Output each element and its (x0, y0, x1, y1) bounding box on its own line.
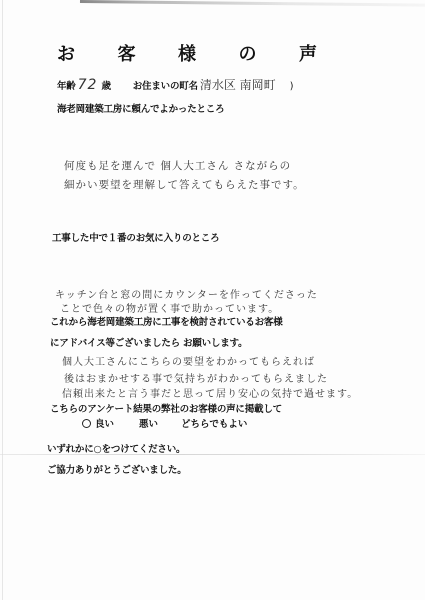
answer-1-line-1: 何度も足を運んで 個人大工さん さながらの (64, 158, 291, 173)
respondent-info-row: 年齢 72 歳 お住まいの町名 清水区 南岡町 ) (57, 76, 293, 93)
circle-mark-icon (82, 419, 91, 428)
option-bad[interactable]: 悪い (139, 416, 181, 430)
age-value: 72 (78, 77, 98, 93)
scanned-survey-page: お 客 様 の 声 年齢 72 歳 お住まいの町名 清水区 南岡町 ) 海老岡建… (0, 0, 425, 600)
answer-1-line-2: 細かい要望を理解して答えてもらえた事です。 (64, 177, 305, 192)
town-label: お住まいの町名 (133, 78, 198, 92)
scan-edge-shadow (80, 0, 425, 7)
title-char: お (57, 40, 75, 66)
question-3-line-2: にアドバイス等ございましたら お願いします。 (50, 335, 247, 349)
town-close-paren: ) (290, 81, 294, 92)
title-char: 様 (178, 40, 196, 66)
answer-3-line-3: 信頼出来たと言う事だと思って居り安心の気持で過せます。 (62, 385, 358, 400)
page-title: お 客 様 の 声 (57, 40, 317, 66)
question-3-line-1: これから海老岡建築工房に工事を検討されているお客様 (50, 314, 283, 328)
scan-edge-left (2, 0, 3, 600)
age-unit: 歳 (101, 78, 110, 92)
option-either-label: どちらでもよい (181, 416, 247, 430)
publish-options: 良い 悪い どちらでもよい (82, 416, 247, 430)
option-good[interactable]: 良い (82, 416, 139, 430)
question-1: 海老岡建築工房に頼んでよかったところ (57, 101, 224, 115)
option-either[interactable]: どちらでもよい (181, 416, 247, 430)
title-char: 客 (118, 40, 136, 66)
question-2: 工事した中で１番のお気に入りのところ (52, 230, 219, 244)
answer-3-line-1: 個人大工さんにこちらの要望をわかってもらえれば (62, 353, 315, 368)
publish-question: こちらのアンケート結果の弊社のお客様の声に掲載して (50, 401, 282, 415)
answer-2-line-2: ことで色々の物が置く事で助かっています。 (60, 300, 279, 315)
age-label: 年齢 (57, 78, 76, 92)
answer-3-line-2: 後はおまかせする事で気持ちがわかってもらえました (64, 370, 328, 385)
instruction-text: いずれかに○をつけてください。 (47, 441, 185, 455)
closing-text: ご協力ありがとうございました。 (47, 462, 187, 476)
answer-2-line-1: キッチン台と窓の間にカウンターを作ってくださった (55, 286, 318, 301)
option-bad-label: 悪い (139, 416, 158, 430)
option-good-label: 良い (95, 416, 114, 430)
town-value: 清水区 南岡町 (200, 76, 276, 93)
title-char: 声 (299, 40, 317, 66)
title-char: の (239, 40, 257, 66)
